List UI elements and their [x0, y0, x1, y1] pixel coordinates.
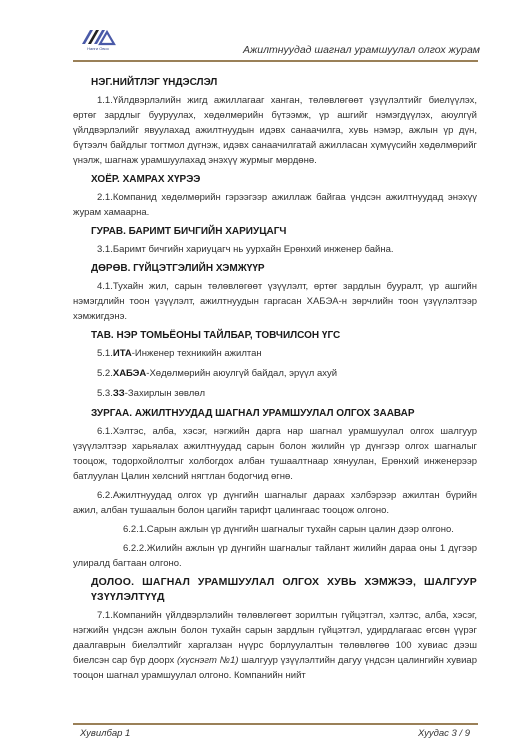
header-divider — [73, 60, 478, 62]
table-reference: (хүснэгт №1) — [177, 655, 239, 666]
definition-item: 5.2.ХАБЭА-Хөдөлмөрийн аюулгүй байдал, эр… — [97, 366, 477, 381]
section-heading-1: НЭГ.НИЙТЛЭГ ҮНДЭСЛЭЛ — [91, 75, 477, 90]
definition-term: ИТА — [113, 348, 132, 359]
paragraph-6-2-2: 6.2.2.Жилийн ажлын үр дүнгийн шагналыг т… — [73, 541, 477, 571]
section-heading-7: ДОЛОО. ШАГНАЛ УРАМШУУЛАЛ ОЛГОХ ХУВЬ ХЭМЖ… — [91, 575, 477, 605]
definition-number: 5.1. — [97, 348, 113, 359]
paragraph-4-1: 4.1.Тухайн жил, сарын төлөвлөгөөт үзүүлэ… — [73, 279, 477, 324]
document-body: НЭГ.НИЙТЛЭГ ҮНДЭСЛЭЛ 1.1.Үйлдвэрлэлийн ж… — [73, 72, 477, 687]
page-number: Хуудас 3 / 9 — [418, 728, 470, 739]
paragraph-6-2: 6.2.Ажилтнуудад олгох үр дүнгийн шагналы… — [73, 488, 477, 518]
paragraph-2-1: 2.1.Компанид хөдөлмөрийн гэрээгээр ажилл… — [73, 190, 477, 220]
definition-term: ЗЗ — [113, 388, 125, 399]
paragraph-6-1: 6.1.Хэлтэс, алба, хэсэг, нэгжийн дарга н… — [73, 424, 477, 484]
definition-text: -Хөдөлмөрийн аюулгүй байдал, эрүүл ахуй — [146, 368, 337, 379]
section-heading-6: ЗУРГАА. АЖИЛТНУУДАД ШАГНАЛ УРАМШУУЛАЛ ОЛ… — [91, 406, 477, 421]
section-heading-4: ДӨРӨВ. ГҮЙЦЭТГЭЛИЙН ХЭМЖҮҮР — [91, 261, 477, 276]
paragraph-7-1: 7.1.Компанийн үйлдвэрлэлийн төлөвлөгөөт … — [73, 608, 477, 683]
definition-item: 5.1.ИТА-Инженер техникийн ажилтан — [97, 346, 477, 361]
paragraph-6-2-1: 6.2.1.Сарын ажлын үр дүнгийн шагналыг ту… — [73, 522, 477, 537]
logo-text: Нанги Овоо — [78, 46, 118, 51]
paragraph-1-1: 1.1.Үйлдвэрлэлийн жигд ажиллагааг ханган… — [73, 93, 477, 168]
footer-divider — [73, 723, 478, 725]
definition-text: -Захирлын зөвлөл — [125, 388, 205, 399]
document-title: Ажилтнуудад шагнал урамшуулал олгох жура… — [243, 44, 480, 56]
version-label: Хувилбар 1 — [80, 728, 130, 739]
paragraph-3-1: 3.1.Баримт бичгийн хариуцагч нь уурхайн … — [73, 242, 477, 257]
section-heading-5: ТАВ. НЭР ТОМЬЁОНЫ ТАЙЛБАР, ТОВЧИЛСОН ҮГС — [91, 328, 477, 343]
definition-number: 5.3. — [97, 388, 113, 399]
definition-item: 5.3.ЗЗ-Захирлын зөвлөл — [97, 386, 477, 401]
section-heading-3: ГУРАВ. БАРИМТ БИЧГИЙН ХАРИУЦАГЧ — [91, 224, 477, 239]
definition-text: -Инженер техникийн ажилтан — [132, 348, 262, 359]
definition-number: 5.2. — [97, 368, 113, 379]
page-header: Нанги Овоо Ажилтнуудад шагнал урамшуулал… — [0, 0, 530, 64]
section-heading-2: ХОЁР. ХАМРАХ ХҮРЭЭ — [91, 172, 477, 187]
definition-term: ХАБЭА — [113, 368, 146, 379]
